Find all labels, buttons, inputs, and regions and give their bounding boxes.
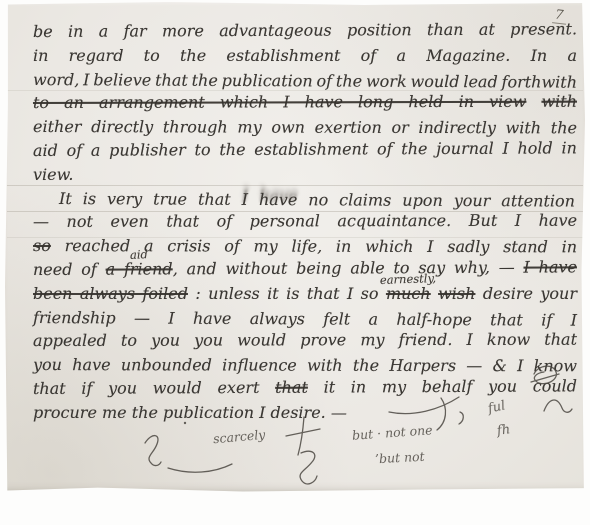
text-segment: desire your bbox=[475, 284, 577, 303]
manuscript-line: aid of a publisher to the establishment … bbox=[33, 139, 577, 163]
inserted-word-above-line: earnestly, bbox=[380, 273, 437, 286]
scanned-letter-page: 7 be in a far more advantageous position… bbox=[0, 0, 590, 525]
manuscript-line: view. bbox=[33, 163, 577, 187]
struck-text: I have bbox=[523, 257, 577, 276]
manuscript-line: been always foiled : unless it is that I… bbox=[33, 282, 577, 306]
text-segment: word, I believe that the publication of … bbox=[33, 70, 577, 92]
line-ink: that if you would exert that it in my be… bbox=[33, 374, 577, 400]
line-ink: appealed to you you would prove my frien… bbox=[33, 328, 577, 353]
line-ink: procure me the publication I desire. — bbox=[33, 401, 347, 425]
struck-text: to an arrangement which I have long held… bbox=[33, 92, 526, 112]
line-ink: — not even that of personal acquaintance… bbox=[33, 209, 577, 234]
text-segment: : unless it is that I so bbox=[188, 284, 386, 303]
manuscript-line: you have unbounded influence with the Ha… bbox=[33, 353, 577, 377]
loop-scribble bbox=[300, 451, 317, 484]
line-ink: been always foiled : unless it is that I… bbox=[33, 282, 577, 306]
text-segment: it in my behalf you could bbox=[308, 376, 577, 396]
manuscript-line: appealed to you you would prove my frien… bbox=[33, 329, 577, 353]
manuscript-line: be in a far more advantageous position t… bbox=[33, 20, 577, 44]
text-segment bbox=[431, 284, 438, 303]
text-segment: friendship — I have always felt a half-h… bbox=[33, 308, 577, 330]
line-ink: view. bbox=[33, 163, 74, 187]
struck-text: muchearnestly, bbox=[386, 284, 431, 303]
text-segment: aid of a publisher to the establishment … bbox=[33, 138, 577, 160]
flourish-y-squiggle bbox=[145, 436, 161, 466]
pen-trial-but-not-one: but · not one bbox=[352, 422, 433, 443]
manuscript-line: need of a friendaid, and without being a… bbox=[33, 258, 577, 282]
struck-text: been always foiled bbox=[33, 284, 188, 303]
manuscript-line: to an arrangement which I have long held… bbox=[33, 91, 577, 115]
struck-text: that bbox=[275, 378, 308, 397]
text-segment: no claims upon your attention bbox=[297, 190, 575, 210]
manuscript-line: either directly through my own exertion … bbox=[33, 115, 577, 139]
manuscript-line: It is very true that I have no claims up… bbox=[33, 187, 577, 211]
text-segment: — not even that of personal acquaintance… bbox=[33, 211, 577, 231]
cross-mark-horizontal bbox=[286, 429, 320, 436]
text-segment bbox=[526, 92, 541, 111]
manuscript-line: that if you would exert that it in my be… bbox=[33, 377, 577, 401]
text-segment: either directly through my own exertion … bbox=[33, 117, 577, 137]
pen-trial-fh: fh bbox=[496, 422, 511, 439]
text-segment: view. bbox=[33, 165, 74, 184]
line-ink: to an arrangement which I have long held… bbox=[33, 90, 577, 115]
manuscript-paper: 7 be in a far more advantageous position… bbox=[5, 2, 585, 492]
text-segment: that if you would exert bbox=[33, 378, 275, 398]
struck-text: so bbox=[33, 236, 51, 255]
line-ink: aid of a publisher to the establishment … bbox=[33, 136, 577, 162]
line-ink: need of a friendaid, and without being a… bbox=[33, 255, 577, 281]
manuscript-line: in regard to the establishment of a Maga… bbox=[33, 44, 577, 68]
struck-text: wish bbox=[438, 284, 475, 303]
manuscript-line: so reached a crisis of my life, in which… bbox=[33, 234, 577, 258]
manuscript-line: word, I believe that the publication of … bbox=[33, 68, 577, 92]
struck-text: a friendaid bbox=[106, 259, 173, 278]
letter-body: be in a far more advantageous position t… bbox=[33, 20, 577, 425]
text-segment: procure me the publication I desire. — bbox=[33, 403, 347, 422]
manuscript-line: friendship — I have always felt a half-h… bbox=[33, 306, 577, 330]
text-segment: in regard to the establishment of a Maga… bbox=[33, 46, 577, 65]
struck-text: with bbox=[541, 92, 577, 111]
text-segment: I have bbox=[242, 189, 298, 208]
line-ink: in regard to the establishment of a Maga… bbox=[33, 44, 577, 68]
text-segment: appealed to you you would prove my frien… bbox=[33, 330, 577, 350]
text-segment: It is very true that bbox=[59, 189, 242, 209]
manuscript-line: procure me the publication I desire. — bbox=[33, 401, 577, 425]
flourish-dash bbox=[168, 464, 232, 472]
pen-trial-but-not: ’but not bbox=[375, 449, 425, 467]
inserted-word-above-line: aid bbox=[130, 249, 148, 261]
text-segment: you have unbounded influence with the Ha… bbox=[33, 355, 577, 375]
text-segment: , and without being able to say why, — bbox=[173, 258, 524, 279]
text-segment: need of bbox=[33, 260, 106, 279]
manuscript-line: — not even that of personal acquaintance… bbox=[33, 210, 577, 234]
pen-trial-scarcely: scarcely bbox=[212, 427, 265, 447]
text-segment: be in a far more advantageous position t… bbox=[33, 19, 577, 41]
line-ink: be in a far more advantageous position t… bbox=[33, 17, 577, 43]
